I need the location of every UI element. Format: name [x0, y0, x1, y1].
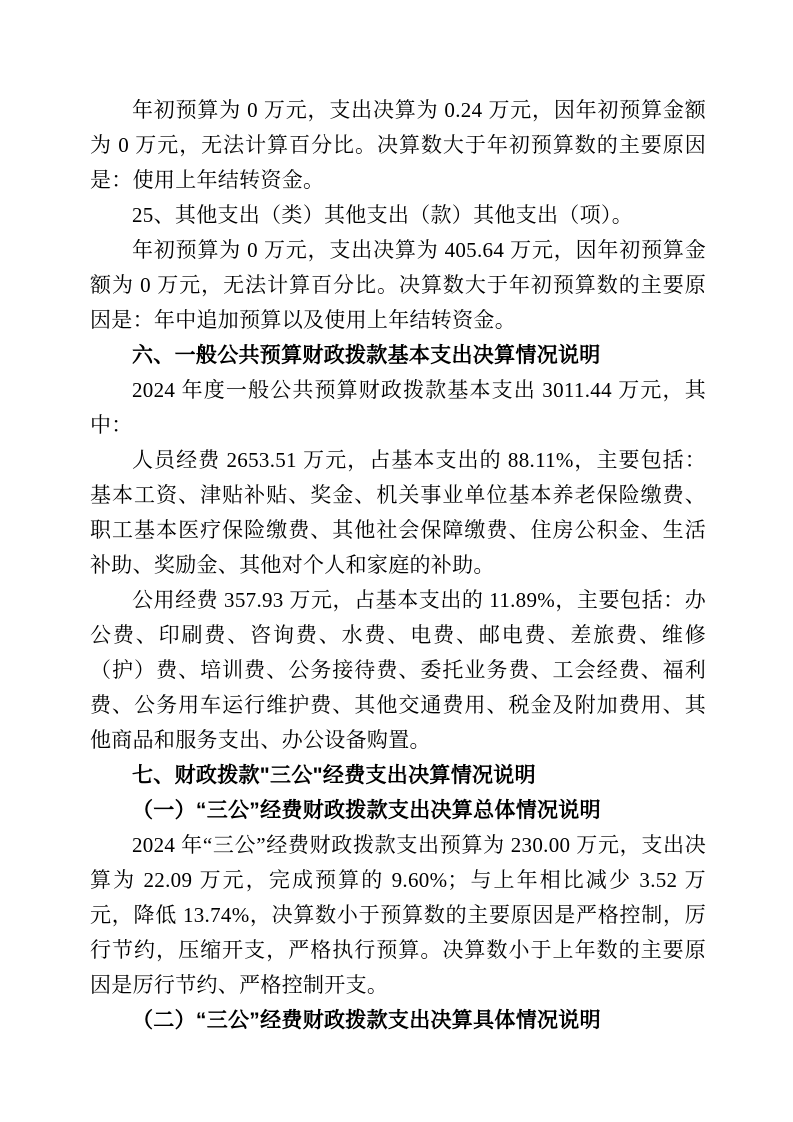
paragraph-three-public-overall: 2024 年“三公”经费财政拨款支出预算为 230.00 万元，支出决算为 22…: [90, 828, 706, 1003]
section-heading-7-three-public-expenses: 七、财政拨款"三公"经费支出决算情况说明: [90, 758, 706, 793]
paragraph-item-25-other-expense: 25、其他支出（类）其他支出（款）其他支出（项）。: [90, 198, 706, 233]
document-page: 年初预算为 0 万元，支出决算为 0.24 万元，因年初预算金额为 0 万元，无…: [0, 0, 793, 1122]
paragraph-personnel-funds: 人员经费 2653.51 万元，占基本支出的 88.11%，主要包括：基本工资、…: [90, 443, 706, 583]
subsection-heading-1-overall: （一）“三公”经费财政拨款支出决算总体情况说明: [90, 793, 706, 828]
paragraph-public-funds: 公用经费 357.93 万元，占基本支出的 11.89%，主要包括：办公费、印刷…: [90, 583, 706, 758]
section-heading-6-basic-expenditure: 六、一般公共预算财政拨款基本支出决算情况说明: [90, 338, 706, 373]
document-body: 年初预算为 0 万元，支出决算为 0.24 万元，因年初预算金额为 0 万元，无…: [90, 93, 706, 1038]
subsection-heading-2-specific: （二）“三公”经费财政拨款支出决算具体情况说明: [90, 1003, 706, 1038]
paragraph-budget-note-2: 年初预算为 0 万元，支出决算为 405.64 万元，因年初预算金额为 0 万元…: [90, 233, 706, 338]
paragraph-basic-expenditure-total: 2024 年度一般公共预算财政拨款基本支出 3011.44 万元，其中：: [90, 373, 706, 443]
paragraph-budget-note-1: 年初预算为 0 万元，支出决算为 0.24 万元，因年初预算金额为 0 万元，无…: [90, 93, 706, 198]
